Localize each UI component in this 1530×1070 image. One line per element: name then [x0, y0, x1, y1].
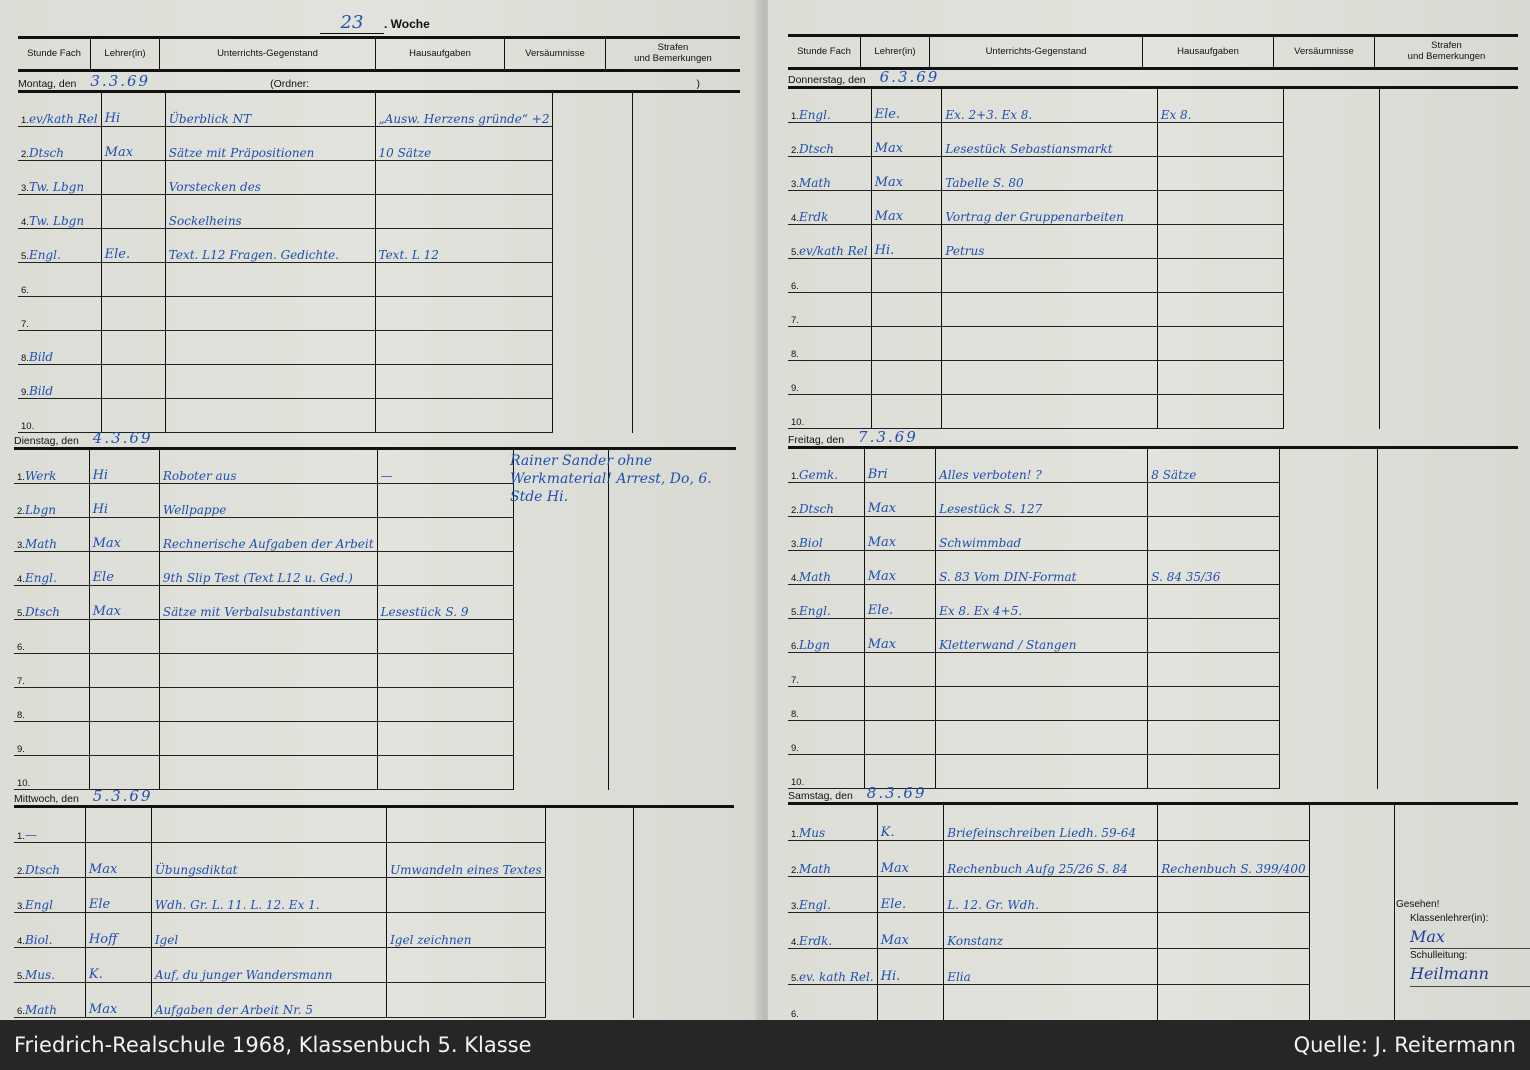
- left-page: 23. Woche Stunde Fach Lehrer(in) Unterri…: [0, 0, 762, 1020]
- hausaufgaben-cell: Umwandeln eines Textes: [387, 843, 546, 878]
- open-class-register: 23. Woche Stunde Fach Lehrer(in) Unterri…: [0, 0, 1530, 1020]
- col-lehrer: Lehrer(in): [91, 39, 160, 69]
- stunde-fach-cell: 5.Engl.: [788, 585, 864, 619]
- stunde-fach-cell: 3.Biol: [788, 517, 864, 551]
- versaeumnisse-cell: [514, 586, 609, 620]
- lehrer-cell: [871, 361, 942, 395]
- versaeumnisse-cell: [1279, 653, 1377, 687]
- lesson-row: 5.Engl.Ele.Text. L12 Fragen. Gedichte.Te…: [18, 229, 740, 263]
- versaeumnisse-cell: [553, 93, 633, 127]
- lehrer-cell: [89, 722, 159, 756]
- versaeumnisse-cell: [1283, 259, 1379, 293]
- klassenlehrer-label: Klassenlehrer(in):: [1410, 912, 1530, 926]
- lesson-row: 8.: [788, 687, 1518, 721]
- day-date: 5.3.69: [93, 787, 153, 805]
- strafen-cell: [633, 161, 740, 195]
- lehrer-cell: Max: [871, 123, 942, 157]
- versaeumnisse-cell: [1309, 913, 1395, 949]
- day-label: Montag, den: [18, 78, 76, 90]
- lesson-row: 3.MathMaxTabelle S. 80: [788, 157, 1518, 191]
- stunde-fach-cell: 4.Tw. Lbgn: [18, 195, 101, 229]
- strafen-cell: [1380, 157, 1518, 191]
- versaeumnisse-cell: [553, 331, 633, 365]
- versaeumnisse-cell: [1279, 483, 1377, 517]
- gegenstand-cell: L. 12. Gr. Wdh.: [944, 877, 1158, 913]
- strafen-cell: [1380, 259, 1518, 293]
- versaeumnisse-cell: [1283, 395, 1379, 429]
- gegenstand-cell: [936, 721, 1148, 755]
- gegenstand-cell: Auf, du junger Wandersmann: [151, 948, 386, 983]
- lesson-row: 4.Engl.Ele9th Slip Test (Text L12 u. Ged…: [14, 552, 736, 586]
- gegenstand-cell: [165, 365, 375, 399]
- lehrer-cell: Max: [89, 586, 159, 620]
- stunde-fach-cell: 8.: [788, 327, 871, 361]
- lehrer-cell: [101, 297, 165, 331]
- hausaufgaben-cell: [387, 808, 546, 843]
- hausaufgaben-cell: [1157, 259, 1283, 293]
- lesson-row: 6.: [14, 620, 736, 654]
- lesson-row: 5.DtschMaxSätze mit VerbalsubstantivenLe…: [14, 586, 736, 620]
- gegenstand-cell: Roboter aus: [159, 450, 377, 484]
- versaeumnisse-cell: [1279, 551, 1377, 585]
- lesson-table: 1.Gemk.BriAlles verboten! ?8 Sätze2.Dtsc…: [788, 449, 1518, 789]
- day-header: Freitag, den7.3.69: [788, 426, 1518, 449]
- hausaufgaben-cell: [1158, 877, 1309, 913]
- stunde-fach-cell: 3.Math: [788, 157, 871, 191]
- strafen-cell: [633, 913, 734, 948]
- stunde-fach-cell: 9.: [788, 721, 864, 755]
- hausaufgaben-cell: Text. L 12: [375, 229, 553, 263]
- strafen-cell: [633, 331, 740, 365]
- hausaufgaben-cell: [377, 552, 513, 586]
- lehrer-cell: Ele: [85, 878, 151, 913]
- stunde-fach-cell: 2.Math: [788, 841, 877, 877]
- gegenstand-cell: Petrus: [942, 225, 1157, 259]
- versaeumnisse-cell: [1279, 721, 1377, 755]
- gesehen-label: Gesehen!: [1396, 898, 1530, 912]
- strafen-cell: [1380, 89, 1518, 123]
- gegenstand-cell: Ex 8. Ex 4+5.: [936, 585, 1148, 619]
- ordner-label: (Ordner:: [270, 78, 309, 90]
- stunde-fach-cell: 1.—: [14, 808, 85, 843]
- strafen-cell: [633, 983, 734, 1018]
- stunde-fach-cell: 1.Gemk.: [788, 449, 864, 483]
- strafen-cell: [633, 843, 734, 878]
- lehrer-cell: [89, 688, 159, 722]
- gegenstand-cell: Vorstecken des: [165, 161, 375, 195]
- stunde-fach-cell: 7.: [14, 654, 89, 688]
- gegenstand-cell: [159, 722, 377, 756]
- lehrer-cell: K.: [877, 805, 944, 841]
- lehrer-cell: [101, 365, 165, 399]
- gegenstand-cell: [165, 297, 375, 331]
- hausaufgaben-cell: [375, 263, 553, 297]
- col-stunde-fach: Stunde Fach: [788, 37, 861, 67]
- strafen-cell: [1377, 483, 1518, 517]
- lehrer-cell: [871, 395, 942, 429]
- versaeumnisse-cell: [1279, 517, 1377, 551]
- strafen-cell: [609, 586, 736, 620]
- lesson-table: 1.ev/kath RelHiÜberblick NT„Ausw. Herzen…: [18, 93, 740, 433]
- lesson-row: 1.ev/kath RelHiÜberblick NT„Ausw. Herzen…: [18, 93, 740, 127]
- gegenstand-cell: Sätze mit Präpositionen: [165, 127, 375, 161]
- hausaufgaben-cell: [377, 654, 513, 688]
- hausaufgaben-cell: [375, 161, 553, 195]
- hausaufgaben-cell: [1157, 225, 1283, 259]
- lesson-row: 2.DtschMaxLesestück Sebastiansmarkt: [788, 123, 1518, 157]
- gegenstand-cell: Lesestück S. 127: [936, 483, 1148, 517]
- versaeumnisse-cell: [553, 365, 633, 399]
- day-date: 8.3.69: [867, 784, 927, 802]
- stunde-fach-cell: 9.Bild: [18, 365, 101, 399]
- versaeumnisse-cell: [545, 913, 633, 948]
- versaeumnisse-cell: [545, 808, 633, 843]
- versaeumnisse-cell: [514, 688, 609, 722]
- lehrer-cell: Hi.: [871, 225, 942, 259]
- hausaufgaben-cell: [375, 297, 553, 331]
- ordner-close: ): [697, 78, 701, 90]
- stunde-fach-cell: 3.Math: [14, 518, 89, 552]
- lesson-row: 9.: [14, 722, 736, 756]
- gegenstand-cell: [159, 654, 377, 688]
- versaeumnisse-cell: [1309, 841, 1395, 877]
- gegenstand-cell: Überblick NT: [165, 93, 375, 127]
- gegenstand-cell: [942, 327, 1157, 361]
- gegenstand-cell: [151, 808, 386, 843]
- lesson-row: 6.LbgnMaxKletterwand / Stangen: [788, 619, 1518, 653]
- day-date: 6.3.69: [880, 68, 940, 86]
- strafen-cell: [1377, 517, 1518, 551]
- hausaufgaben-cell: Rechenbuch S. 399/400: [1158, 841, 1309, 877]
- lehrer-cell: Max: [871, 157, 942, 191]
- versaeumnisse-cell: [1279, 449, 1377, 483]
- hausaufgaben-cell: [377, 518, 513, 552]
- lesson-row: 5.Engl.Ele.Ex 8. Ex 4+5.: [788, 585, 1518, 619]
- stunde-fach-cell: 6.Math: [14, 983, 85, 1018]
- gegenstand-cell: Aufgaben der Arbeit Nr. 5: [151, 983, 386, 1018]
- hausaufgaben-cell: Lesestück S. 9: [377, 586, 513, 620]
- lehrer-cell: [89, 654, 159, 688]
- strafen-cell: [609, 722, 736, 756]
- lesson-row: 4.ErdkMaxVortrag der Gruppenarbeiten: [788, 191, 1518, 225]
- gegenstand-cell: Text. L12 Fragen. Gedichte.: [165, 229, 375, 263]
- versaeumnisse-cell: [553, 229, 633, 263]
- hausaufgaben-cell: Ex 8.: [1157, 89, 1283, 123]
- lesson-row: 8.: [788, 327, 1518, 361]
- hausaufgaben-cell: —: [377, 450, 513, 484]
- hausaufgaben-cell: [387, 983, 546, 1018]
- lehrer-cell: Max: [101, 127, 165, 161]
- week-label: . Woche: [384, 17, 430, 31]
- lehrer-cell: [101, 195, 165, 229]
- hausaufgaben-cell: [1148, 517, 1279, 551]
- gegenstand-cell: Wellpappe: [159, 484, 377, 518]
- col-hausaufgaben: Hausaufgaben: [376, 39, 505, 69]
- hausaufgaben-cell: [375, 365, 553, 399]
- col-gegenstand: Unterrichts-Gegenstand: [930, 37, 1143, 67]
- day-label: Donnerstag, den: [788, 74, 866, 86]
- gegenstand-cell: [936, 687, 1148, 721]
- stunde-fach-cell: 6.Lbgn: [788, 619, 864, 653]
- lehrer-cell: [101, 263, 165, 297]
- lehrer-cell: Ele: [89, 552, 159, 586]
- strafen-cell: [1377, 687, 1518, 721]
- hausaufgaben-cell: [1157, 191, 1283, 225]
- versaeumnisse-cell: [1279, 687, 1377, 721]
- versaeumnisse-cell: [1283, 89, 1379, 123]
- versaeumnisse-cell: [514, 722, 609, 756]
- hausaufgaben-cell: „Ausw. Herzens gründe“ +2: [375, 93, 553, 127]
- lesson-row: 5.Mus.K.Auf, du junger Wandersmann: [14, 948, 734, 983]
- stunde-fach-cell: 4.Erdk.: [788, 913, 877, 949]
- versaeumnisse-cell: [545, 878, 633, 913]
- lesson-row: 1.Engl.Ele.Ex. 2+3. Ex 8.Ex 8.: [788, 89, 1518, 123]
- stunde-fach-cell: 1.ev/kath Rel: [18, 93, 101, 127]
- caption-bar: Friedrich-Realschule 1968, Klassenbuch 5…: [0, 1020, 1530, 1070]
- lehrer-cell: Bri: [864, 449, 935, 483]
- hausaufgaben-cell: [1158, 913, 1309, 949]
- stunde-fach-cell: 10.: [788, 395, 871, 429]
- hausaufgaben-cell: [1158, 949, 1309, 985]
- lesson-row: 8.: [14, 688, 736, 722]
- strafen-cell: [1377, 619, 1518, 653]
- versaeumnisse-cell: [545, 948, 633, 983]
- lesson-row: 2.MathMaxRechenbuch Aufg 25/26 S. 84Rech…: [788, 841, 1518, 877]
- versaeumnisse-cell: [553, 161, 633, 195]
- week-heading: 23. Woche: [320, 12, 430, 34]
- gegenstand-cell: Konstanz: [944, 913, 1158, 949]
- remark-dienstag: Rainer Sander ohne Werkmaterial! Arrest,…: [510, 452, 740, 507]
- lehrer-cell: [871, 259, 942, 293]
- lesson-row: 7.: [18, 297, 740, 331]
- col-gegenstand: Unterrichts-Gegenstand: [160, 39, 376, 69]
- strafen-cell: [633, 229, 740, 263]
- gegenstand-cell: Wdh. Gr. L. 11. L. 12. Ex 1.: [151, 878, 386, 913]
- versaeumnisse-cell: [545, 983, 633, 1018]
- stunde-fach-cell: 5.ev. kath Rel.: [788, 949, 877, 985]
- versaeumnisse-cell: [1283, 225, 1379, 259]
- gegenstand-cell: [165, 331, 375, 365]
- strafen-cell: [609, 688, 736, 722]
- lehrer-cell: [85, 808, 151, 843]
- lehrer-cell: Max: [864, 619, 935, 653]
- stunde-fach-cell: 7.: [788, 653, 864, 687]
- versaeumnisse-cell: [1309, 985, 1395, 1021]
- day-header: Montag, den3.3.69(Ordner:): [18, 70, 740, 93]
- strafen-cell: [1377, 721, 1518, 755]
- lesson-row: 3.BiolMaxSchwimmbad: [788, 517, 1518, 551]
- lesson-row: 7.: [788, 293, 1518, 327]
- versaeumnisse-cell: [553, 297, 633, 331]
- lesson-row: 1.Gemk.BriAlles verboten! ?8 Sätze: [788, 449, 1518, 483]
- strafen-cell: [1377, 585, 1518, 619]
- lehrer-cell: [871, 327, 942, 361]
- stunde-fach-cell: 2.Dtsch: [14, 843, 85, 878]
- lehrer-cell: Max: [85, 843, 151, 878]
- hausaufgaben-cell: [377, 620, 513, 654]
- schulleitung-label: Schulleitung:: [1410, 949, 1530, 963]
- stunde-fach-cell: 6.: [14, 620, 89, 654]
- gegenstand-cell: Sätze mit Verbalsubstantiven: [159, 586, 377, 620]
- gegenstand-cell: Sockelheins: [165, 195, 375, 229]
- gegenstand-cell: [942, 395, 1157, 429]
- strafen-cell: [1380, 123, 1518, 157]
- hausaufgaben-cell: [1157, 157, 1283, 191]
- hausaufgaben-cell: Igel zeichnen: [387, 913, 546, 948]
- caption-source: Quelle: J. Reitermann: [1294, 1033, 1516, 1057]
- lehrer-cell: Max: [877, 841, 944, 877]
- hausaufgaben-cell: [1158, 805, 1309, 841]
- gegenstand-cell: [942, 259, 1157, 293]
- stunde-fach-cell: 2.Lbgn: [14, 484, 89, 518]
- lehrer-cell: [871, 293, 942, 327]
- gegenstand-cell: Briefeinschreiben Liedh. 59-64: [944, 805, 1158, 841]
- hausaufgaben-cell: [1148, 721, 1279, 755]
- versaeumnisse-cell: [514, 518, 609, 552]
- lehrer-cell: Hi: [89, 450, 159, 484]
- hausaufgaben-cell: [377, 722, 513, 756]
- hausaufgaben-cell: [375, 195, 553, 229]
- versaeumnisse-cell: [1283, 157, 1379, 191]
- hausaufgaben-cell: [1158, 985, 1309, 1021]
- hausaufgaben-cell: [1157, 327, 1283, 361]
- lesson-row: 4.MathMaxS. 83 Vom DIN-FormatS. 84 35/36: [788, 551, 1518, 585]
- lehrer-cell: Ele.: [864, 585, 935, 619]
- stunde-fach-cell: 9.: [788, 361, 871, 395]
- hausaufgaben-cell: S. 84 35/36: [1148, 551, 1279, 585]
- hausaufgaben-cell: 8 Sätze: [1148, 449, 1279, 483]
- stunde-fach-cell: 5.Dtsch: [14, 586, 89, 620]
- lehrer-cell: [864, 687, 935, 721]
- lehrer-cell: Max: [864, 483, 935, 517]
- col-stunde-fach: Stunde Fach: [18, 39, 91, 69]
- lehrer-cell: [101, 161, 165, 195]
- day-label: Dienstag, den: [14, 435, 79, 447]
- strafen-cell: [1380, 395, 1518, 429]
- gegenstand-cell: [944, 985, 1158, 1021]
- gegenstand-cell: Vortrag der Gruppenarbeiten: [942, 191, 1157, 225]
- stunde-fach-cell: 1.Mus: [788, 805, 877, 841]
- strafen-cell: [633, 93, 740, 127]
- lesson-table: 1.Engl.Ele.Ex. 2+3. Ex 8.Ex 8.2.DtschMax…: [788, 89, 1518, 429]
- day-header: Samstag, den8.3.69: [788, 782, 1518, 805]
- stunde-fach-cell: 5.ev/kath Rel: [788, 225, 871, 259]
- lesson-row: 6.: [788, 985, 1518, 1021]
- stunde-fach-cell: 5.Engl.: [18, 229, 101, 263]
- lehrer-cell: Hi: [89, 484, 159, 518]
- gegenstand-cell: Kletterwand / Stangen: [936, 619, 1148, 653]
- lehrer-cell: [864, 721, 935, 755]
- hausaufgaben-cell: [377, 688, 513, 722]
- lehrer-cell: Hoff: [85, 913, 151, 948]
- hausaufgaben-cell: [1148, 483, 1279, 517]
- gegenstand-cell: Rechenbuch Aufg 25/26 S. 84: [944, 841, 1158, 877]
- stunde-fach-cell: 4.Engl.: [14, 552, 89, 586]
- stunde-fach-cell: 8.: [788, 687, 864, 721]
- strafen-cell: [609, 654, 736, 688]
- lehrer-cell: Max: [864, 551, 935, 585]
- gegenstand-cell: [165, 263, 375, 297]
- versaeumnisse-cell: [514, 552, 609, 586]
- strafen-cell: [633, 948, 734, 983]
- lesson-row: 3.EnglEleWdh. Gr. L. 11. L. 12. Ex 1.: [14, 878, 734, 913]
- versaeumnisse-cell: [1279, 585, 1377, 619]
- stunde-fach-cell: 2.Dtsch: [788, 483, 864, 517]
- gegenstand-cell: Rechnerische Aufgaben der Arbeit: [159, 518, 377, 552]
- versaeumnisse-cell: [514, 620, 609, 654]
- day-header: Mittwoch, den5.3.69: [14, 785, 734, 808]
- strafen-cell: [633, 365, 740, 399]
- stunde-fach-cell: 6.: [788, 985, 877, 1021]
- lesson-row: 10.: [788, 395, 1518, 429]
- day-date: 4.3.69: [93, 429, 153, 447]
- hausaufgaben-cell: [1157, 361, 1283, 395]
- lesson-row: 9.: [788, 361, 1518, 395]
- lesson-row: 3.MathMaxRechnerische Aufgaben der Arbei…: [14, 518, 736, 552]
- versaeumnisse-cell: [1283, 191, 1379, 225]
- caption-title: Friedrich-Realschule 1968, Klassenbuch 5…: [14, 1033, 532, 1057]
- stunde-fach-cell: 7.: [18, 297, 101, 331]
- lehrer-cell: Max: [85, 983, 151, 1018]
- stunde-fach-cell: 6.: [18, 263, 101, 297]
- day-label: Mittwoch, den: [14, 793, 79, 805]
- strafen-cell: [609, 518, 736, 552]
- hausaufgaben-cell: [1148, 653, 1279, 687]
- gegenstand-cell: Lesestück Sebastiansmarkt: [942, 123, 1157, 157]
- strafen-cell: [1380, 327, 1518, 361]
- lehrer-cell: K.: [85, 948, 151, 983]
- hausaufgaben-cell: [1157, 293, 1283, 327]
- stunde-fach-cell: 2.Dtsch: [788, 123, 871, 157]
- stunde-fach-cell: 4.Math: [788, 551, 864, 585]
- lehrer-cell: Hi.: [877, 949, 944, 985]
- stunde-fach-cell: 2.Dtsch: [18, 127, 101, 161]
- strafen-cell: [609, 620, 736, 654]
- lesson-row: 9.: [788, 721, 1518, 755]
- lehrer-cell: [877, 985, 944, 1021]
- gegenstand-cell: [159, 688, 377, 722]
- col-lehrer: Lehrer(in): [861, 37, 930, 67]
- lesson-row: 7.: [788, 653, 1518, 687]
- lesson-row: 5.ev/kath RelHi.Petrus: [788, 225, 1518, 259]
- gegenstand-cell: [942, 293, 1157, 327]
- stunde-fach-cell: 3.Engl.: [788, 877, 877, 913]
- strafen-cell: [633, 878, 734, 913]
- lesson-row: 7.: [14, 654, 736, 688]
- lehrer-cell: [864, 653, 935, 687]
- lehrer-cell: [101, 331, 165, 365]
- col-strafen: Strafen und Bemerkungen: [606, 39, 740, 69]
- lehrer-cell: Hi: [101, 93, 165, 127]
- lehrer-cell: Ele.: [871, 89, 942, 123]
- strafen-cell: [1380, 191, 1518, 225]
- stunde-fach-cell: 9.: [14, 722, 89, 756]
- gegenstand-cell: Igel: [151, 913, 386, 948]
- strafen-cell: [1377, 551, 1518, 585]
- gegenstand-cell: [936, 653, 1148, 687]
- gegenstand-cell: Schwimmbad: [936, 517, 1148, 551]
- stunde-fach-cell: 8.: [14, 688, 89, 722]
- strafen-cell: [1377, 449, 1518, 483]
- versaeumnisse-cell: [545, 843, 633, 878]
- hausaufgaben-cell: [1157, 395, 1283, 429]
- stunde-fach-cell: 4.Biol.: [14, 913, 85, 948]
- versaeumnisse-cell: [553, 195, 633, 229]
- strafen-cell: [1395, 805, 1518, 841]
- lehrer-cell: Max: [89, 518, 159, 552]
- stunde-fach-cell: 3.Tw. Lbgn: [18, 161, 101, 195]
- versaeumnisse-cell: [1309, 877, 1395, 913]
